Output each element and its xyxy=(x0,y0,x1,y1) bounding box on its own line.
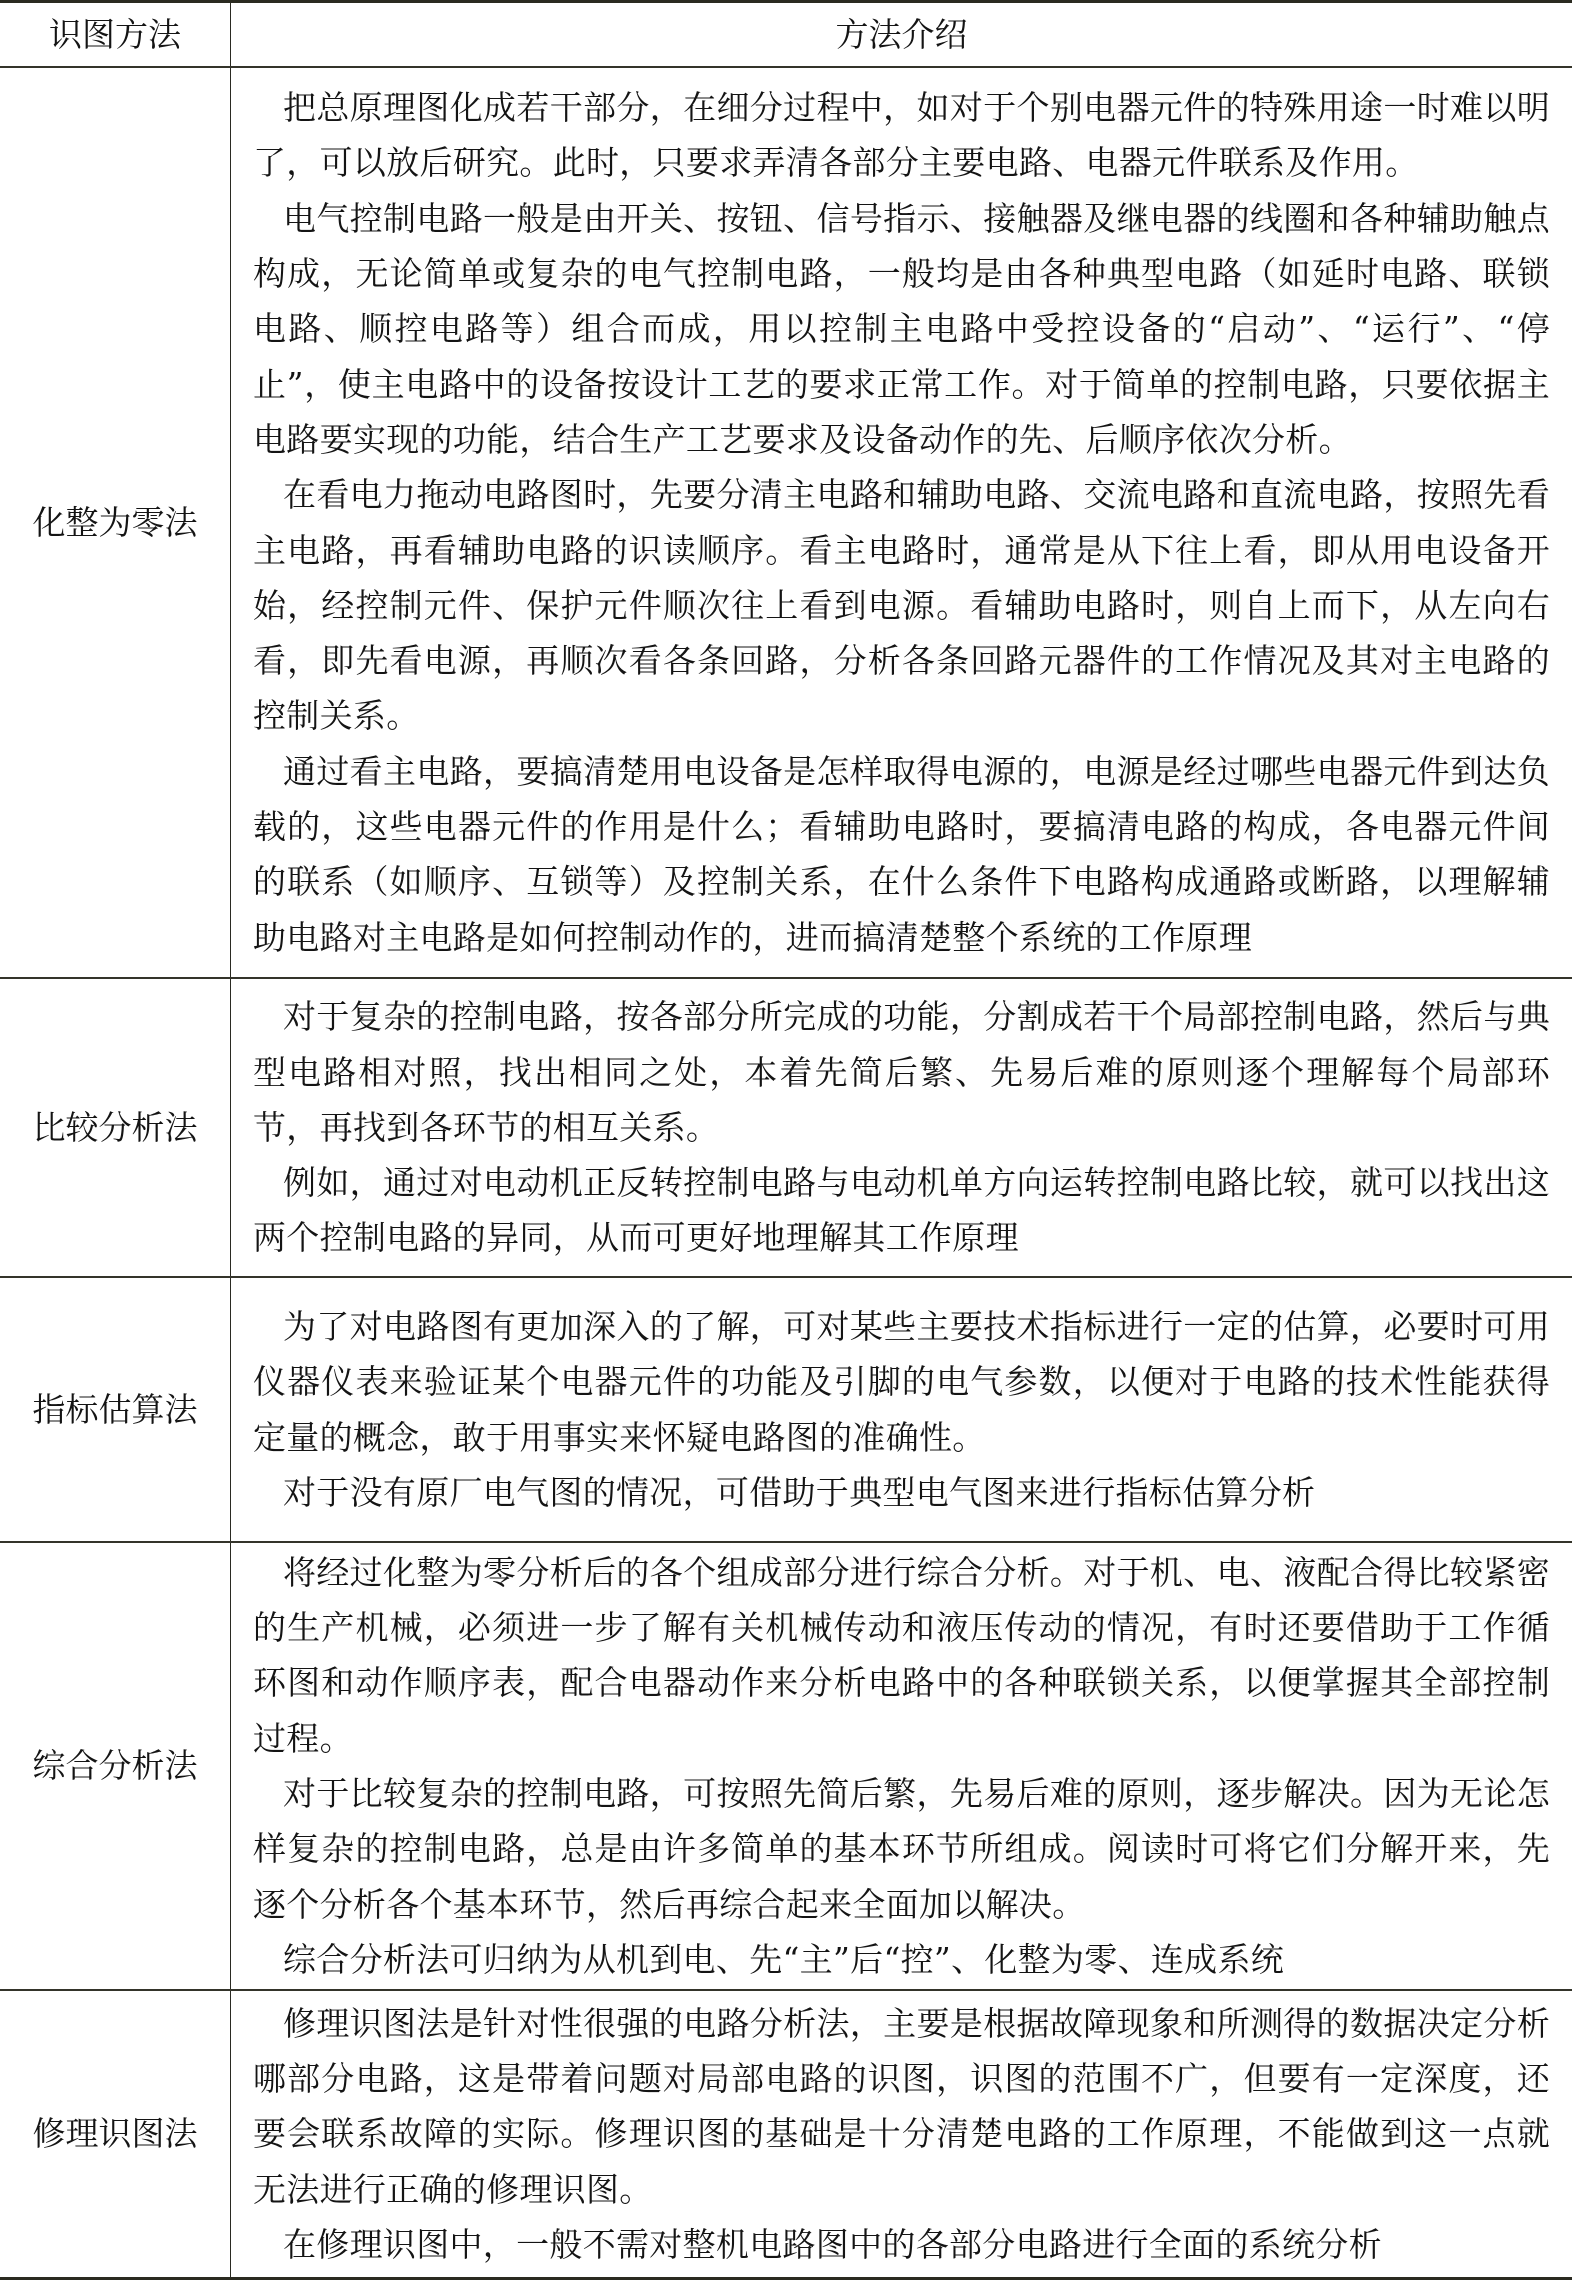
method-description-cell: 把总原理图化成若干部分，在细分过程中，如对于个别电器元件的特殊用途一时难以明了，… xyxy=(231,68,1572,977)
method-name-cell: 综合分析法 xyxy=(0,1543,231,1989)
table-header-row: 识图方法 方法介绍 xyxy=(0,0,1572,68)
method-description-cell: 将经过化整为零分析后的各个组成部分进行综合分析。对于机、电、液配合得比较紧密的生… xyxy=(231,1543,1572,1989)
reading-methods-table: 识图方法 方法介绍 化整为零法 把总原理图化成若干部分，在细分过程中，如对于个别… xyxy=(0,0,1572,2280)
description-paragraph: 修理识图法是针对性很强的电路分析法，主要是根据故障现象和所测得的数据决定分析哪部… xyxy=(253,1996,1550,2217)
method-name-cell: 修理识图法 xyxy=(0,1991,231,2277)
table-row-method-4: 综合分析法 将经过化整为零分析后的各个组成部分进行综合分析。对于机、电、液配合得… xyxy=(0,1543,1572,1991)
description-paragraph: 把总原理图化成若干部分，在细分过程中，如对于个别电器元件的特殊用途一时难以明了，… xyxy=(253,80,1550,191)
method-description-cell: 修理识图法是针对性很强的电路分析法，主要是根据故障现象和所测得的数据决定分析哪部… xyxy=(231,1991,1572,2277)
description-paragraph: 对于没有原厂电气图的情况，可借助于典型电气图来进行指标估算分析 xyxy=(253,1465,1550,1520)
description-paragraph: 电气控制电路一般是由开关、按钮、信号指示、接触器及继电器的线圈和各种辅助触点构成… xyxy=(253,191,1550,467)
table-row-method-1: 化整为零法 把总原理图化成若干部分，在细分过程中，如对于个别电器元件的特殊用途一… xyxy=(0,68,1572,979)
method-name-cell: 指标估算法 xyxy=(0,1278,231,1541)
description-paragraph: 对于复杂的控制电路，按各部分所完成的功能，分割成若干个局部控制电路，然后与典型电… xyxy=(253,989,1550,1155)
description-paragraph: 对于比较复杂的控制电路，可按照先简后繁，先易后难的原则，逐步解决。因为无论怎样复… xyxy=(253,1766,1550,1932)
description-paragraph: 例如，通过对电动机正反转控制电路与电动机单方向运转控制电路比较，就可以找出这两个… xyxy=(253,1155,1550,1266)
table-row-method-3: 指标估算法 为了对电路图有更加深入的了解，可对某些主要技术指标进行一定的估算，必… xyxy=(0,1278,1572,1543)
header-description-column: 方法介绍 xyxy=(231,3,1572,66)
method-name-cell: 比较分析法 xyxy=(0,979,231,1276)
method-description-cell: 为了对电路图有更加深入的了解，可对某些主要技术指标进行一定的估算，必要时可用仪器… xyxy=(231,1278,1572,1541)
description-paragraph: 综合分析法可归纳为从机到电、先“主”后“控”、化整为零、连成系统 xyxy=(253,1932,1550,1987)
description-paragraph: 在修理识图中，一般不需对整机电路图中的各部分电路进行全面的系统分析 xyxy=(253,2217,1550,2272)
table-row-method-2: 比较分析法 对于复杂的控制电路，按各部分所完成的功能，分割成若干个局部控制电路，… xyxy=(0,979,1572,1278)
description-paragraph: 为了对电路图有更加深入的了解，可对某些主要技术指标进行一定的估算，必要时可用仪器… xyxy=(253,1299,1550,1465)
method-description-cell: 对于复杂的控制电路，按各部分所完成的功能，分割成若干个局部控制电路，然后与典型电… xyxy=(231,979,1572,1276)
table-row-method-5: 修理识图法 修理识图法是针对性很强的电路分析法，主要是根据故障现象和所测得的数据… xyxy=(0,1991,1572,2280)
description-paragraph: 将经过化整为零分析后的各个组成部分进行综合分析。对于机、电、液配合得比较紧密的生… xyxy=(253,1545,1550,1766)
header-method-column: 识图方法 xyxy=(0,3,231,66)
description-paragraph: 在看电力拖动电路图时，先要分清主电路和辅助电路、交流电路和直流电路，按照先看主电… xyxy=(253,467,1550,743)
method-name-cell: 化整为零法 xyxy=(0,68,231,977)
header-description-label: 方法介绍 xyxy=(836,15,968,55)
description-paragraph: 通过看主电路，要搞清楚用电设备是怎样取得电源的，电源是经过哪些电器元件到达负载的… xyxy=(253,744,1550,965)
